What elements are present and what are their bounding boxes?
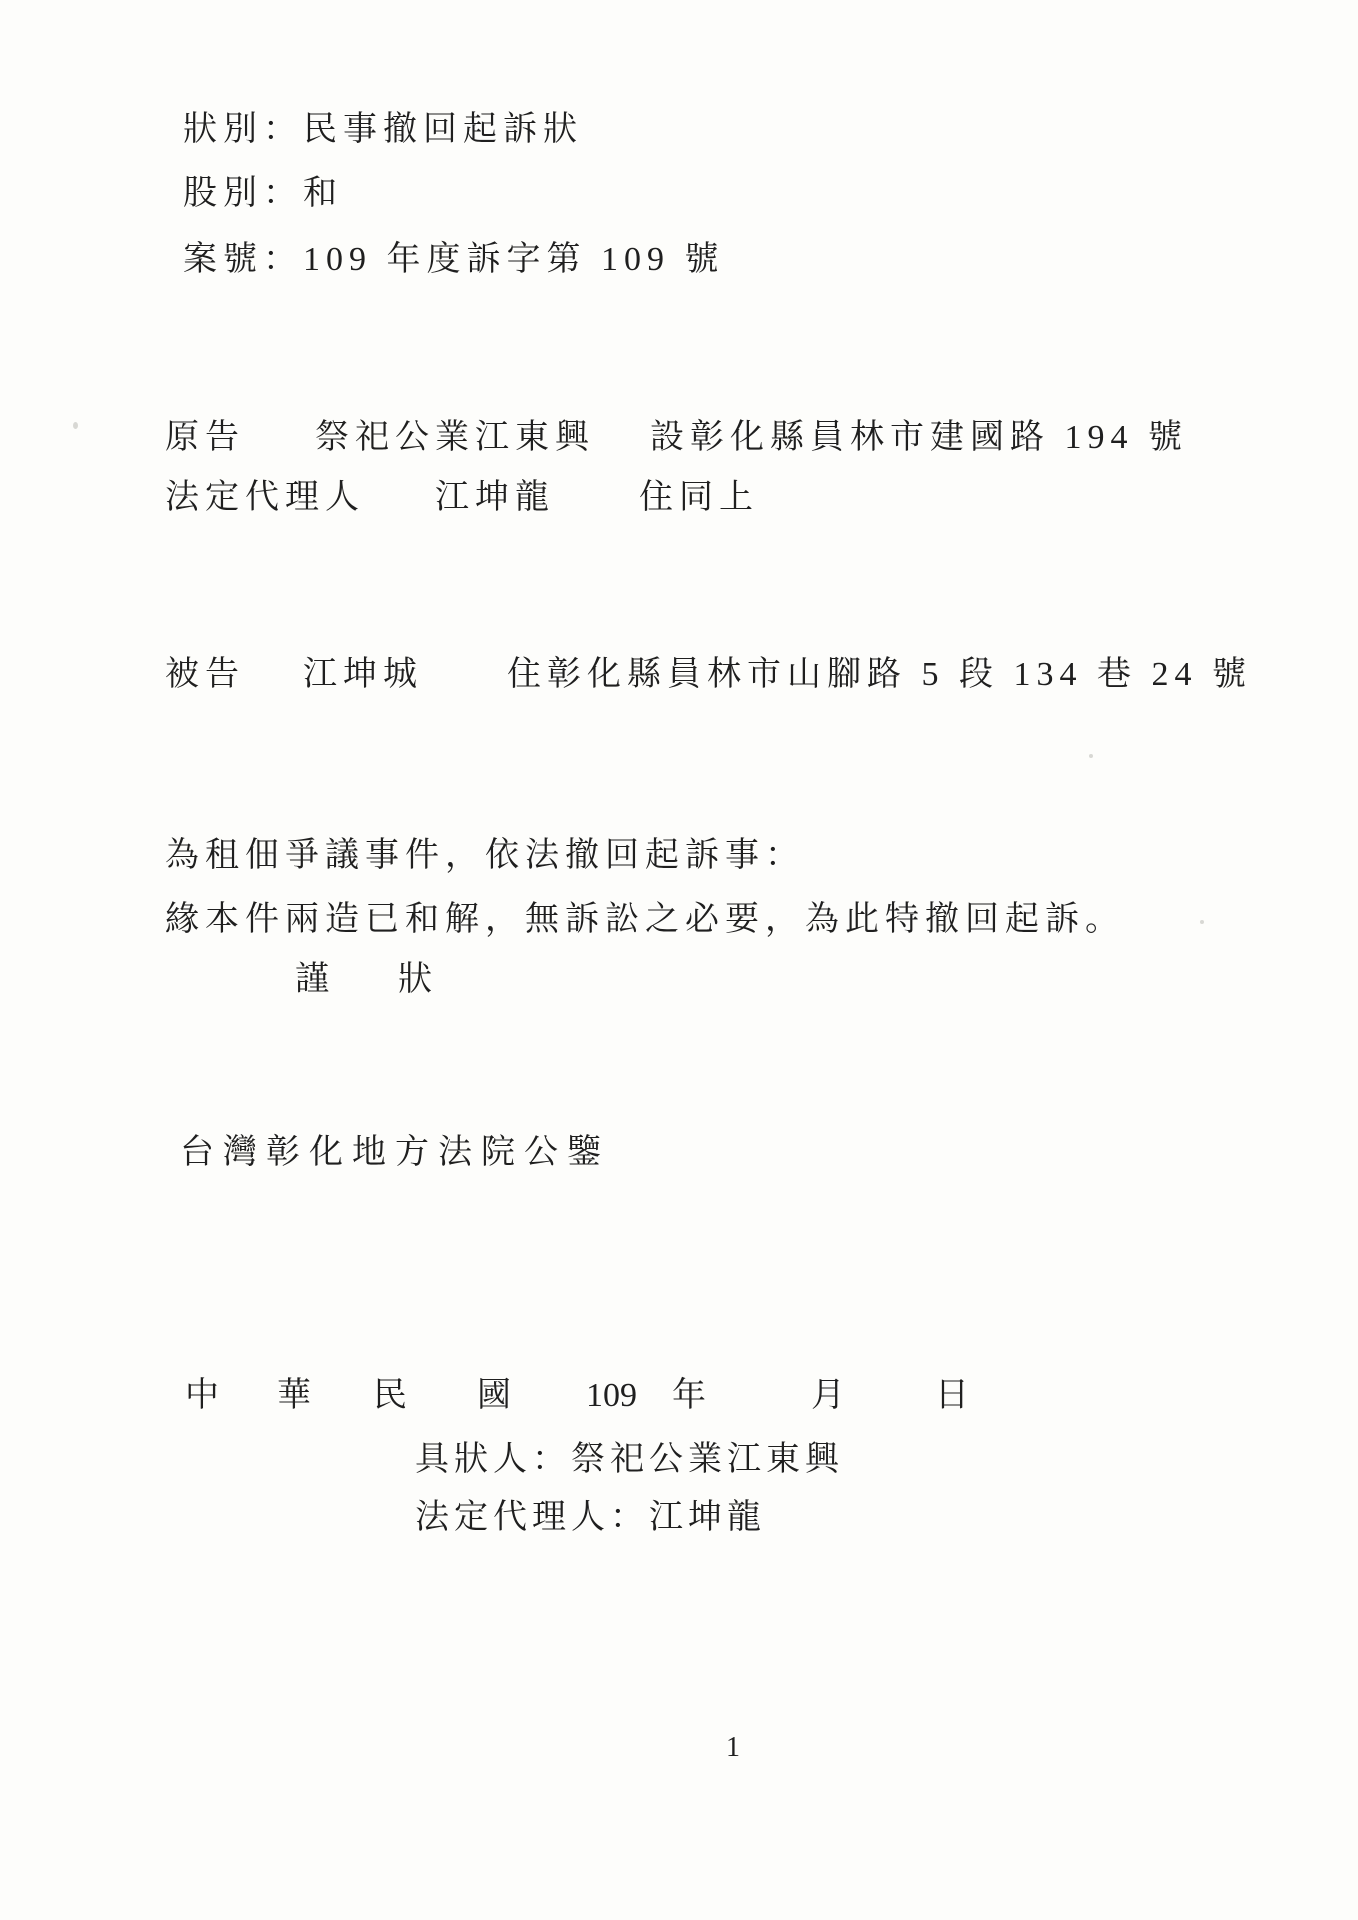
plaintiff-rep-address: 住同上 — [639, 478, 759, 518]
era-char-min: 民 — [373, 1376, 407, 1416]
filer-label: 具狀人： — [415, 1440, 571, 1480]
division-label: 股別 — [183, 174, 263, 214]
scan-speck — [1200, 920, 1204, 924]
form-type-value: 民事撤回起訴狀 — [303, 110, 583, 150]
subject-text: 為租佃爭議事件，依法撤回起訴事： — [165, 836, 805, 876]
form-type-line: 狀別：民事撤回起訴狀 — [183, 110, 583, 150]
era-char-zhong: 中 — [185, 1376, 219, 1416]
era-char-hua: 華 — [277, 1376, 311, 1416]
division-value: 和 — [303, 174, 343, 214]
filer-line: 具狀人：祭祀公業江東興 — [415, 1440, 844, 1480]
subject-line: 為租佃爭議事件，依法撤回起訴事： — [165, 836, 805, 876]
date-month-unit: 月 — [811, 1376, 845, 1416]
division-line: 股別：和 — [183, 174, 343, 214]
plaintiff-address: 設彰化縣員林市建國路 194 號 — [650, 418, 1188, 458]
closing-word-zhuang: 狀 — [398, 960, 438, 1000]
case-number-colon: ： — [263, 240, 303, 280]
form-type-label: 狀別 — [183, 110, 263, 150]
closing-line: 謹狀 — [295, 960, 438, 1000]
closing-word-jin: 謹 — [295, 960, 335, 1000]
document-page: 狀別：民事撤回起訴狀 股別：和 案號：109 年度訴字第 109 號 原告祭祀公… — [0, 0, 1358, 1920]
date-year-value: 109 — [586, 1376, 637, 1416]
plaintiff-line: 原告祭祀公業江東興設彰化縣員林市建國路 194 號 — [165, 418, 1188, 458]
case-number-line: 案號：109 年度訴字第 109 號 — [183, 240, 725, 280]
signature-rep-value: 江坤龍 — [649, 1498, 766, 1538]
statement-line: 緣本件兩造已和解，無訴訟之必要，為此特撤回起訴。 — [165, 900, 1125, 940]
signature-rep-label: 法定代理人： — [415, 1498, 649, 1538]
defendant-address: 住彰化縣員林市山腳路 5 段 134 巷 24 號 — [507, 655, 1252, 695]
plaintiff-rep-name: 江坤龍 — [435, 478, 555, 518]
filer-value: 祭祀公業江東興 — [571, 1440, 844, 1480]
defendant-role-label: 被告 — [165, 655, 245, 695]
page-number: 1 — [726, 1733, 740, 1763]
date-day-unit: 日 — [935, 1376, 969, 1416]
plaintiff-rep-line: 法定代理人江坤龍住同上 — [165, 478, 759, 518]
scan-speck — [1089, 754, 1093, 758]
division-colon: ： — [263, 174, 303, 214]
case-number-label: 案號 — [183, 240, 263, 280]
form-type-colon: ： — [263, 110, 303, 150]
era-char-guo: 國 — [477, 1376, 511, 1416]
defendant-name: 江坤城 — [303, 655, 423, 695]
statement-text: 緣本件兩造已和解，無訴訟之必要，為此特撤回起訴。 — [165, 900, 1125, 940]
signature-rep-line: 法定代理人：江坤龍 — [415, 1498, 766, 1538]
court-salutation-text: 台灣彰化地方法院公鑒 — [180, 1133, 610, 1173]
plaintiff-role-label: 原告 — [165, 418, 245, 458]
date-year-unit: 年 — [672, 1376, 706, 1416]
plaintiff-rep-role-label: 法定代理人 — [165, 478, 365, 518]
date-line: 中華民國109年月日 — [185, 1376, 969, 1416]
defendant-line: 被告江坤城住彰化縣員林市山腳路 5 段 134 巷 24 號 — [165, 655, 1252, 695]
scan-speck — [73, 422, 78, 429]
plaintiff-name: 祭祀公業江東興 — [315, 418, 595, 458]
case-number-value: 109 年度訴字第 109 號 — [303, 240, 725, 280]
court-salutation-line: 台灣彰化地方法院公鑒 — [180, 1133, 610, 1173]
